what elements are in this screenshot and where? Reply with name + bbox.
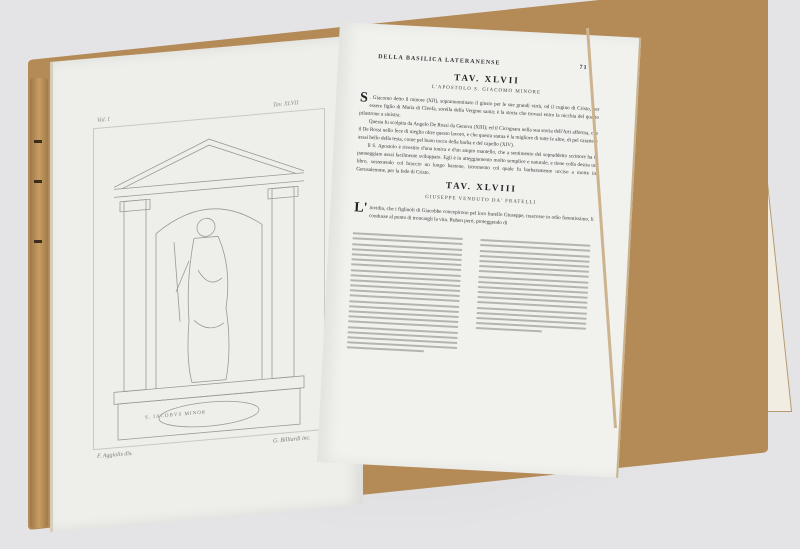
spine-mark xyxy=(34,140,42,143)
paragraph: invidia, che i figliuoli di Giacobbe con… xyxy=(369,205,594,226)
spine-mark xyxy=(34,240,42,243)
book-spine xyxy=(30,78,48,528)
spine-mark xyxy=(34,180,42,183)
statue-engraving xyxy=(94,109,324,449)
photo-scene: Vol. I Tav. XLVII S. IACOBVS MINOR F. Ag… xyxy=(0,0,800,549)
plate-volume-label: Vol. I xyxy=(97,117,110,124)
plate-number-label: Tav. XLVII xyxy=(273,100,298,108)
paragraph: . Giacomo detto il minore (XII), soprann… xyxy=(359,95,599,121)
running-head: DELLA BASILICA LATERANENSE 71 xyxy=(378,54,588,71)
footnote-column-right xyxy=(476,236,591,338)
left-page: Vol. I Tav. XLVII S. IACOBVS MINOR F. Ag… xyxy=(50,35,363,532)
section2-text: L' invidia, che i figliuoli di Giacobbe … xyxy=(354,203,594,232)
dropcap: L' xyxy=(354,203,368,214)
plate-frame xyxy=(93,108,325,450)
draughtsman-signature: F. Aggiolis dis. xyxy=(97,451,133,460)
running-head-title: DELLA BASILICA LATERANENSE xyxy=(378,54,501,66)
page-number: 71 xyxy=(579,65,587,71)
footnote-column-left xyxy=(347,229,463,357)
dropcap: S xyxy=(360,93,368,103)
section1-text: S . Giacomo detto il minore (XII), sopra… xyxy=(356,93,600,186)
engraver-signature: G. Billiardi inc. xyxy=(273,435,311,444)
